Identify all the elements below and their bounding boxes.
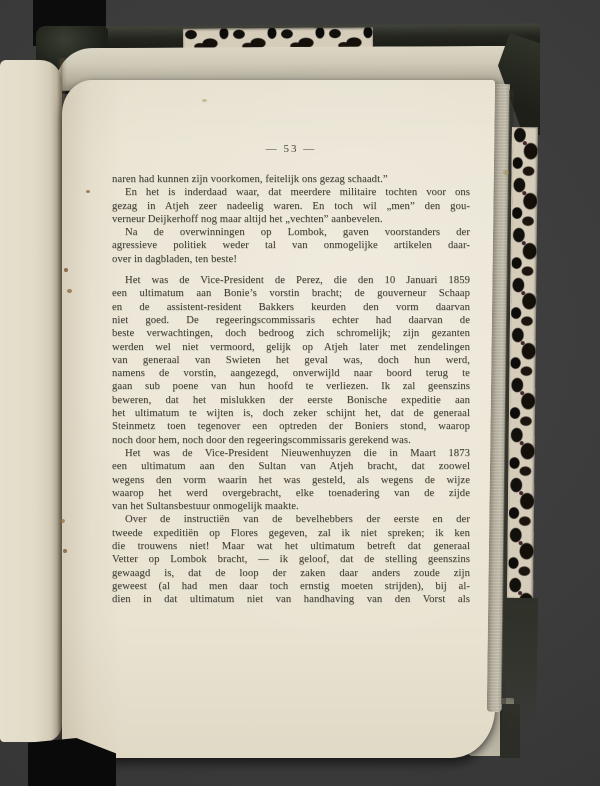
- text-line: Steinmetz toen tegenover een optreden de…: [112, 420, 470, 433]
- page-number: — 53 —: [112, 143, 470, 156]
- text-line: gezag in Atjeh zeer nadeelig waren. En t…: [112, 200, 470, 213]
- book-photo-scene: — 53 — naren had kunnen zijn voorkomen, …: [0, 0, 600, 786]
- text-line: die trouwens niet! Maar wat het ultimatu…: [112, 540, 470, 553]
- printed-text-block: — 53 — naren had kunnen zijn voorkomen, …: [112, 143, 470, 607]
- foxing-speck: [202, 99, 207, 102]
- text-line: en de assistent-resident Bakkers keurden…: [112, 301, 470, 314]
- left-page-sliver: [0, 60, 62, 742]
- paragraph: naren had kunnen zijn voorkomen, feiteli…: [112, 173, 470, 186]
- text-line: namens de vorstin, aangezegd, onverwijld…: [112, 367, 470, 380]
- text-line: agressieve politiek weder tal van onmoge…: [112, 239, 470, 252]
- paragraph: Over de instructiën van de bevelhebbers …: [112, 513, 470, 606]
- text-line: over in dagbladen, ten beste!: [112, 253, 470, 266]
- text-line: gaan sub poene van hun hoofd te verlieze…: [112, 380, 470, 393]
- text-line: het ultimatum te wijten is, doch zeker s…: [112, 407, 470, 420]
- text-line: werden wel niet vermoord, gelijk op Atje…: [112, 341, 470, 354]
- marbled-cover-right: [507, 127, 538, 607]
- text-line: tweede expeditiën op Flores gegeven, zal…: [112, 527, 470, 540]
- text-line: Over de instructiën van de bevelhebbers …: [112, 513, 470, 526]
- text-line: verneur Deijkerhoff nog maar altijd het …: [112, 213, 470, 226]
- text-line: En het is inderdaad waar, dat meerdere m…: [112, 186, 470, 199]
- paragraph: Na de overwinningen op Lombok, gaven voo…: [112, 226, 470, 266]
- text-line: geweest (al had men daar toch ernstig mo…: [112, 580, 470, 593]
- text-line: gewaagd is, dat de loop der zaken daar a…: [112, 567, 470, 580]
- text-line: Het was de Vice-President de Perez, die …: [112, 274, 470, 287]
- text-line: beweren, dat het mislukken der eerste Bo…: [112, 394, 470, 407]
- text-line: een ultimatum aan den Sultan van Atjeh b…: [112, 460, 470, 473]
- text-line: van het Sultansbestuur onmogelijk maakte…: [112, 500, 470, 513]
- paragraph: Het was de Vice-President Nieuwenhuyzen …: [112, 447, 470, 513]
- paragraph: Het was de Vice-President de Perez, die …: [112, 274, 470, 447]
- text-line: een ultimatum aan Bonie’s vorstin bracht…: [112, 287, 470, 300]
- paragraph: En het is inderdaad waar, dat meerdere m…: [112, 186, 470, 226]
- foxing-speck: [503, 170, 509, 175]
- text-line: Na de overwinningen op Lombok, gaven voo…: [112, 226, 470, 239]
- foxing-speck: [63, 549, 67, 553]
- foxing-speck: [60, 519, 65, 523]
- foxing-speck: [67, 289, 72, 293]
- text-line: wegens den vorm waarin het was gesteld, …: [112, 474, 470, 487]
- book-cover-right-lower: [502, 598, 538, 731]
- foxing-speck: [86, 190, 90, 193]
- text-line: waarop het werd overgebracht, elke toena…: [112, 487, 470, 500]
- text-line: dien in dat ultimatum niet van handhavin…: [112, 593, 470, 606]
- text-line: Vetter op Lombok bracht, — ik geloof, da…: [112, 553, 470, 566]
- text-line: niet goed. De regeeringscommissaris echt…: [112, 314, 470, 327]
- page-text: naren had kunnen zijn voorkomen, feiteli…: [112, 173, 470, 607]
- text-line: Het was de Vice-President Nieuwenhuyzen …: [112, 447, 470, 460]
- text-line: beste verwachtingen, doch bedroog zich s…: [112, 327, 470, 340]
- text-line: van generaal van Swieten het geval was, …: [112, 354, 470, 367]
- text-line: noch door hem, noch door den regeeringsc…: [112, 434, 470, 447]
- text-line: naren had kunnen zijn voorkomen, feiteli…: [112, 173, 470, 186]
- foxing-speck: [64, 268, 68, 272]
